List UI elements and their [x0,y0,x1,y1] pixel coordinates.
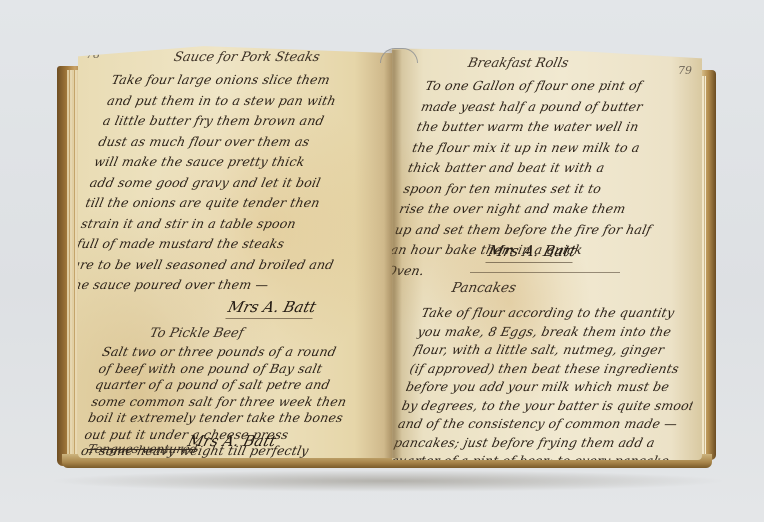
text-line: Take of flour according to the quantity [420,304,702,323]
text-line: some common salt for three week then [90,394,392,411]
recipe-title-pancakes: Pancakes [450,280,517,296]
text-line: strain it and stir in a table spoon [79,214,383,235]
text-line: Take four large onions slice them [110,70,392,91]
text-line: pancakes; just before frying them add a [392,434,686,453]
text-line: dust as much flour over them as [97,132,392,153]
recipe-title-pickle-beef: To Pickle Beef [148,326,245,341]
text-line: To one Gallon of flour one pint of [423,76,702,97]
text-line: Oven. [392,261,679,282]
recipe-body-sauce-pork-steaks: Take four large onions slice them and pu… [78,70,392,296]
left-page: 78 Sauce for Pork Steaks Take four large… [78,44,392,458]
text-line: add some good gravy and let it boil [88,173,392,194]
binding-thread [380,48,418,63]
text-line: full of made mustard the steaks [78,234,379,255]
text-line: flour, with a little salt, nutmeg, ginge… [412,341,702,360]
recipe-title-sauce-pork-steaks: Sauce for Pork Steaks [172,50,321,65]
text-line: are to be well seasoned and broiled and [78,255,375,276]
text-line: thick batter and beat it with a [406,158,700,179]
text-line: and of the consistency of common made — [396,415,690,434]
signature-mrs-a-batt: Mrs A. Batt [225,298,318,319]
text-line: the flour mix it up in new milk to a [410,138,702,159]
recipe-title-breakfast-rolls: Breakfast Rolls [466,56,569,71]
text-line: (if approved) then beat these ingredient… [408,360,702,379]
text-line: a little butter fry them brown and [101,111,392,132]
crossed-out-footer: Tongues ventured [87,442,199,456]
text-line: by degrees, to the your batter is quite … [400,397,694,416]
text-line: the butter warm the water well in [415,117,702,138]
text-line: and put them in to a stew pan with [105,91,392,112]
text-line: rise the over night and make them [397,199,691,220]
divider-rule [470,272,620,273]
left-page-number: 78 [86,48,100,61]
text-line: quarter of a pound of salt petre and [94,377,392,394]
text-line: made yeast half a pound of butter [419,97,702,118]
text-line: of beef with one pound of Bay salt [97,361,392,378]
signature-mrs-a-batt-2: Mrs A. Batt [186,432,278,452]
text-line: till the onions are quite tender then [83,193,387,214]
photo-scene: 78 Sauce for Pork Steaks Take four large… [0,0,764,522]
text-line: quarter of a pint of beer: to every panc… [392,452,682,460]
text-line: before you add your milk which must be [404,378,698,397]
text-line: will make the sauce pretty thick [92,152,392,173]
text-line: spoon for ten minutes set it to [402,179,696,200]
recipe-body-pancakes: Take of flour according to the quantity … [392,304,702,460]
text-line: Salt two or three pounds of a round [101,344,392,361]
text-line: up and set them before the fire for half [393,220,687,241]
text-line: you make, 8 Eggs, break them into the [416,323,702,342]
right-page: 79 Breakfast Rolls To one Gallon of flou… [392,46,702,460]
signature-mrs-a-batt-3: Mrs A. Batt [485,242,578,263]
book-gutter [384,50,402,458]
text-line: the sauce poured over them — [78,275,370,296]
book-shadow [48,470,728,492]
text-line: boil it extremely tender take the bones [86,410,390,427]
